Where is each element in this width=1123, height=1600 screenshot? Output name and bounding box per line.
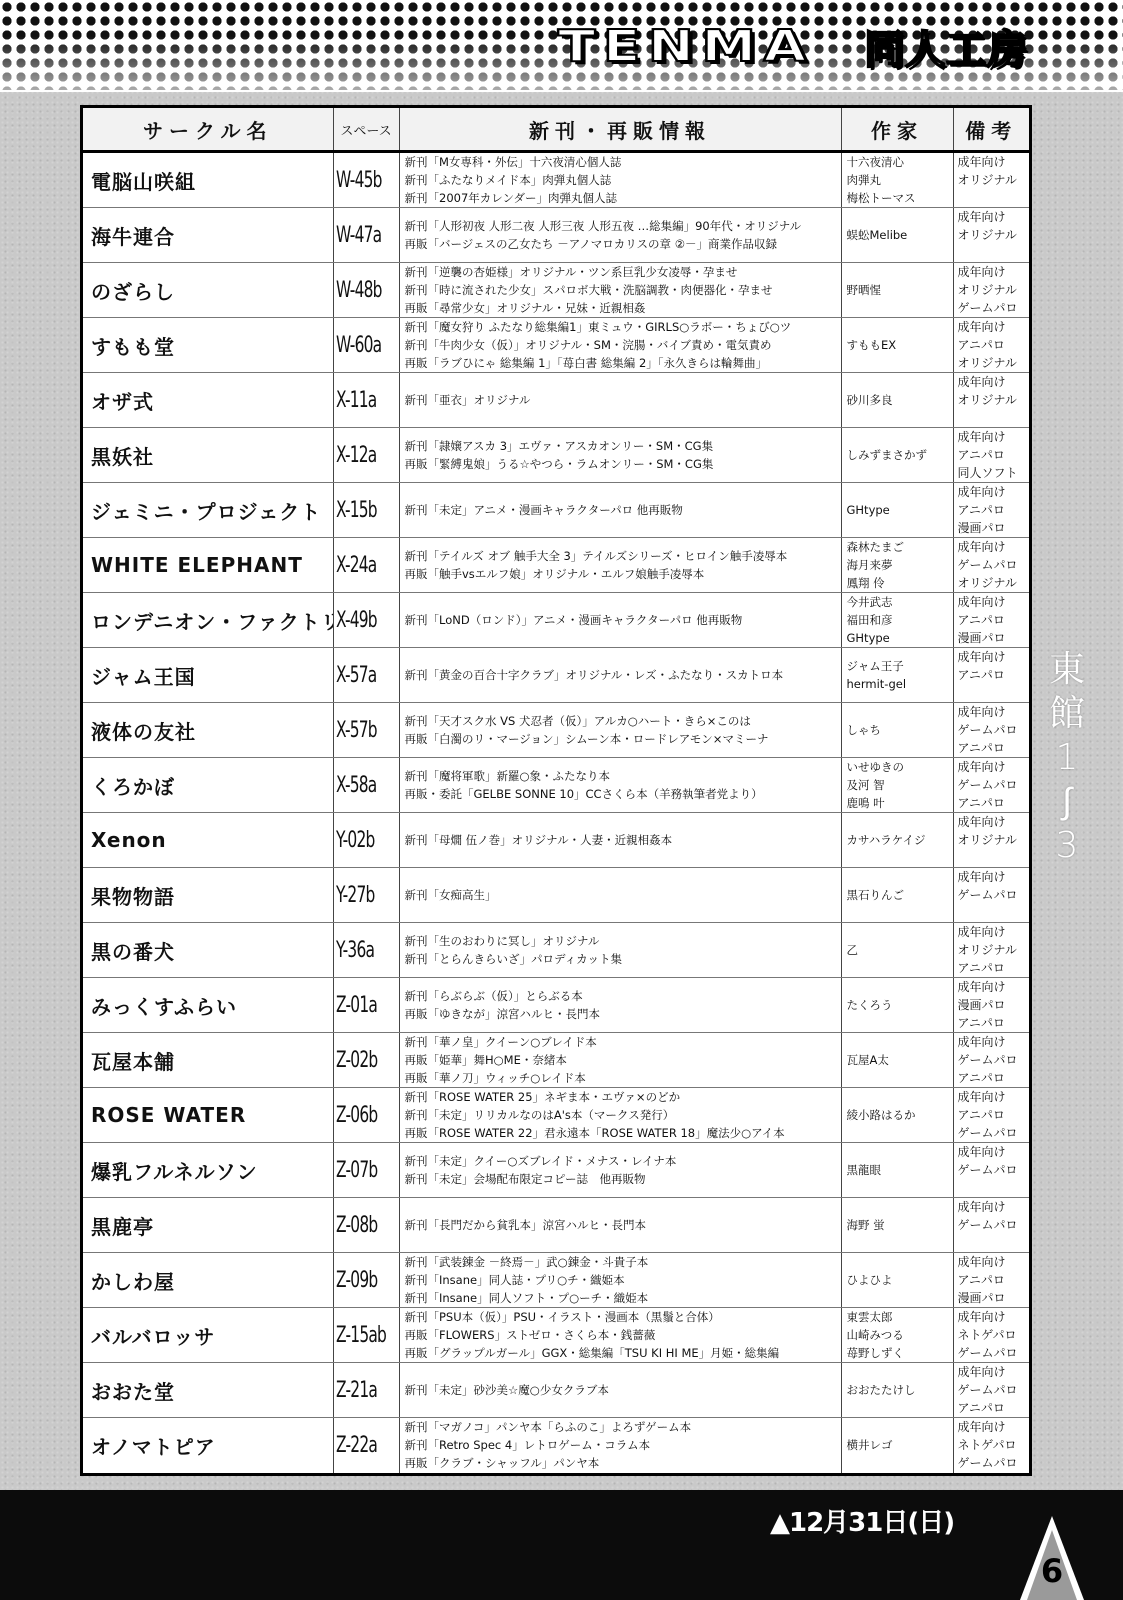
- space-number: X-11a: [333, 373, 399, 428]
- release-info-line: 再販「姫華」舞H○ME・奈緒本: [405, 1051, 841, 1069]
- author-name: 山崎みつる: [847, 1326, 953, 1344]
- release-info-line: 新刊「牛肉少女（仮）」オリジナル・SM・浣腸・バイブ責め・電気責め: [405, 336, 841, 354]
- note-tag: 漫画パロ: [958, 519, 1030, 537]
- author-name: 東雲太郎: [847, 1308, 953, 1326]
- author-names: 黒龍眼: [841, 1143, 953, 1198]
- release-info: 新刊「華ノ皇」クイーン○ブレイド本再販「姫華」舞H○ME・奈緒本再販「華ノ刀」ウ…: [399, 1033, 841, 1088]
- release-info-line: 新刊「黄金の百合十字クラブ」オリジナル・レズ・ふたなり・スカトロ本: [405, 666, 841, 684]
- release-info-line: 再販・委託「GELBE SONNE 10」CCさくら本（羊務執筆者党より）: [405, 785, 841, 803]
- note-tag: アニパロ: [958, 611, 1030, 629]
- release-info: 新刊「ROSE WATER 25」ネギま本・エヴァ×のどか新刊「未定」リリカルな…: [399, 1088, 841, 1143]
- note-tag: 成年向け: [958, 1253, 1030, 1271]
- author-names: しゃち: [841, 703, 953, 758]
- space-number-text: W-48b: [336, 278, 382, 303]
- note-tag: アニパロ: [958, 1106, 1030, 1124]
- note-tag: 成年向け: [958, 593, 1030, 611]
- notes-tags: 成年向けアニパロ漫画パロ: [953, 1253, 1029, 1308]
- circle-name: みっくすふらい: [83, 978, 333, 1033]
- release-info: 新刊「テイルズ オブ 触手大全 3」テイルズシリーズ・ヒロイン触手凌辱本再販「触…: [399, 538, 841, 593]
- author-names: 野晒惺: [841, 263, 953, 318]
- note-tag: アニパロ: [958, 794, 1030, 812]
- notes-tags: 成年向けオリジナル: [953, 813, 1029, 868]
- space-number: X-57a: [333, 648, 399, 703]
- release-info-line: 新刊「Insane」同人ソフト・プ○ーチ・織姫本: [405, 1289, 841, 1307]
- author-name: 鳳翔 伶: [847, 574, 953, 592]
- release-info-line: 新刊「天才スク水 VS 犬忍者（仮）」アルカ○ハート・きら×このは: [405, 712, 841, 730]
- note-tag: ネトゲパロ: [958, 1436, 1030, 1454]
- table-row: くろかぼX-58a新刊「魔将軍歌」新羅○象・ふたなり本再販・委託「GELBE S…: [83, 758, 1029, 813]
- circle-name: オノマトピア: [83, 1418, 333, 1473]
- author-names: ジャム王子hermit-gel: [841, 648, 953, 703]
- space-number: Z-22a: [333, 1418, 399, 1473]
- note-tag: アニパロ: [958, 959, 1030, 977]
- note-tag: 成年向け: [958, 1198, 1030, 1216]
- release-info: 新刊「PSU本（仮）」PSU・イラスト・漫画本（黒鬚と合体）再販「FLOWERS…: [399, 1308, 841, 1363]
- release-info: 新刊「LoND（ロンド）」アニメ・漫画キャラクターパロ 他再販物: [399, 593, 841, 648]
- note-tag: アニパロ: [958, 666, 1030, 684]
- table-row: バルバロッサZ-15ab新刊「PSU本（仮）」PSU・イラスト・漫画本（黒鬚と合…: [83, 1308, 1029, 1363]
- space-number-text: X-57b: [336, 718, 377, 743]
- space-number: X-57b: [333, 703, 399, 758]
- space-number-text: Z-09b: [336, 1268, 377, 1293]
- note-tag: 漫画パロ: [958, 996, 1030, 1014]
- author-name: 十六夜清心: [847, 153, 953, 171]
- space-number-text: Z-21a: [336, 1378, 377, 1403]
- notes-tags: 成年向けゲームパロ: [953, 1198, 1029, 1253]
- table-row: 黒鹿亭Z-08b新刊「長門だから貧乳本」涼宮ハルヒ・長門本海野 蛍成年向けゲーム…: [83, 1198, 1029, 1253]
- note-tag: 成年向け: [958, 318, 1030, 336]
- note-tag: アニパロ: [958, 501, 1030, 519]
- note-tag: 成年向け: [958, 263, 1030, 281]
- space-number: Z-09b: [333, 1253, 399, 1308]
- notes-tags: 成年向けゲームパロ: [953, 1143, 1029, 1198]
- circle-name: ジャム王国: [83, 648, 333, 703]
- release-info-line: 新刊「未定」会場配布限定コピー誌 他再販物: [405, 1170, 841, 1188]
- note-tag: 成年向け: [958, 703, 1030, 721]
- release-info-line: 新刊「女痴高生」: [405, 886, 841, 904]
- note-tag: オリジナル: [958, 226, 1030, 244]
- note-tag: ゲームパロ: [958, 556, 1030, 574]
- table-row: オノマトピアZ-22a新刊「マガノコ」パンヤ本「らふのこ」よろずゲーム本新刊「R…: [83, 1418, 1029, 1473]
- note-tag: 成年向け: [958, 1088, 1030, 1106]
- note-tag: アニパロ: [958, 1271, 1030, 1289]
- release-info-line: 新刊「人形初夜 人形二夜 人形三夜 人形五夜 …総集編」90年代・オリジナル: [405, 217, 841, 235]
- hall-label-vertical: 東館1∫3: [1042, 648, 1092, 868]
- release-info-line: 新刊「魔将軍歌」新羅○象・ふたなり本: [405, 767, 841, 785]
- table-row: XenonY-02b新刊「母燗 伍ノ巻」オリジナル・人妻・近親相姦本カサハラケイ…: [83, 813, 1029, 868]
- author-name: しゃち: [847, 721, 953, 739]
- hall-label-char: 1: [1042, 736, 1092, 780]
- release-info: 新刊「未定」アニメ・漫画キャラクターパロ 他再販物: [399, 483, 841, 538]
- table-row: 黒妖社X-12a新刊「隷嬢アスカ 3」エヴァ・アスカオンリー・SM・CG集再販「…: [83, 428, 1029, 483]
- note-tag: ゲームパロ: [958, 721, 1030, 739]
- release-info-line: 再販「尋常少女」オリジナル・兄妹・近親相姦: [405, 299, 841, 317]
- hall-label-char: 館: [1042, 692, 1092, 736]
- table-row: 爆乳フルネルソンZ-07b新刊「未定」クイー○ズブレイド・メナス・レイナ本新刊「…: [83, 1143, 1029, 1198]
- author-name: 海月来夢: [847, 556, 953, 574]
- author-names: 綾小路はるか: [841, 1088, 953, 1143]
- note-tag: 成年向け: [958, 483, 1030, 501]
- notes-tags: 成年向けネトゲパロゲームパロ: [953, 1418, 1029, 1473]
- logo-latin-text: TENMA: [558, 21, 814, 72]
- space-number: Z-21a: [333, 1363, 399, 1418]
- release-info-line: 新刊「母燗 伍ノ巻」オリジナル・人妻・近親相姦本: [405, 831, 841, 849]
- release-info-line: 再販「白濁のリ・マージョン」シムーン本・ロードレアモン×マミーナ: [405, 730, 841, 748]
- note-tag: ゲームパロ: [958, 1161, 1030, 1179]
- logo: TENMA 同人工房: [609, 18, 1028, 74]
- release-info-line: 新刊「LoND（ロンド）」アニメ・漫画キャラクターパロ 他再販物: [405, 611, 841, 629]
- circle-name: 爆乳フルネルソン: [83, 1143, 333, 1198]
- note-tag: 漫画パロ: [958, 1289, 1030, 1307]
- release-info-line: 新刊「未定」砂沙美☆魔○少女クラブ本: [405, 1381, 841, 1399]
- space-number: Y-02b: [333, 813, 399, 868]
- space-number: W-48b: [333, 263, 399, 318]
- table-row: おおた堂Z-21a新刊「未定」砂沙美☆魔○少女クラブ本おおたたけし成年向けゲーム…: [83, 1363, 1029, 1418]
- note-tag: アニパロ: [958, 739, 1030, 757]
- note-tag: 成年向け: [958, 978, 1030, 996]
- table-row: ジェミニ・プロジェクトX-15b新刊「未定」アニメ・漫画キャラクターパロ 他再販…: [83, 483, 1029, 538]
- table-row: 液体の友社X-57b新刊「天才スク水 VS 犬忍者（仮）」アルカ○ハート・きら×…: [83, 703, 1029, 758]
- space-number-text: Y-36a: [336, 938, 374, 963]
- space-number: Z-08b: [333, 1198, 399, 1253]
- note-tag: 同人ソフト: [958, 464, 1030, 482]
- space-number: W-47a: [333, 208, 399, 263]
- author-names: 乙: [841, 923, 953, 978]
- release-info: 新刊「武装錬金 －終焉－」武○錬金・斗貴子本新刊「Insane」同人誌・プリ○チ…: [399, 1253, 841, 1308]
- space-number-text: X-12a: [336, 443, 376, 468]
- author-name: 蜈蚣Melibe: [847, 226, 953, 244]
- release-info: 新刊「母燗 伍ノ巻」オリジナル・人妻・近親相姦本: [399, 813, 841, 868]
- note-tag: ゲームパロ: [958, 776, 1030, 794]
- space-number-text: Z-02b: [336, 1048, 377, 1073]
- author-names: おおたたけし: [841, 1363, 953, 1418]
- release-info-line: 新刊「華ノ皇」クイーン○ブレイド本: [405, 1033, 841, 1051]
- notes-tags: 成年向けゲームパロアニパロ: [953, 1033, 1029, 1088]
- release-info: 新刊「未定」クイー○ズブレイド・メナス・レイナ本新刊「未定」会場配布限定コピー誌…: [399, 1143, 841, 1198]
- release-info-line: 新刊「ふたなりメイド本」肉弾丸個人誌: [405, 171, 841, 189]
- note-tag: 成年向け: [958, 1363, 1030, 1381]
- author-names: すももEX: [841, 318, 953, 373]
- column-header-author: 作家: [841, 108, 953, 152]
- space-number-text: W-60a: [336, 333, 381, 358]
- circle-name: ROSE WATER: [83, 1088, 333, 1143]
- release-info-line: 新刊「PSU本（仮）」PSU・イラスト・漫画本（黒鬚と合体）: [405, 1308, 841, 1326]
- release-info: 新刊「生のおわりに冥し」オリジナル新刊「とらんきらいざ」パロディカット集: [399, 923, 841, 978]
- note-tag: 成年向け: [958, 923, 1030, 941]
- space-number: Z-01a: [333, 978, 399, 1033]
- space-number: Y-36a: [333, 923, 399, 978]
- note-tag: アニパロ: [958, 1399, 1030, 1417]
- author-name: 乙: [847, 941, 953, 959]
- release-info: 新刊「魔女狩り ふたなり総集編1」東ミュウ・GIRLS○ラボー・ちょび○ツ新刊「…: [399, 318, 841, 373]
- release-info-line: 新刊「未定」リリカルなのはA's本（マークス発行）: [405, 1106, 841, 1124]
- author-names: いせゆきの及河 智鹿鳴 叶: [841, 758, 953, 813]
- column-header-info: 新刊・再販情報: [399, 108, 841, 152]
- note-tag: 成年向け: [958, 208, 1030, 226]
- release-info-line: 新刊「ROSE WATER 25」ネギま本・エヴァ×のどか: [405, 1088, 841, 1106]
- release-info-line: 新刊「らぶらぶ（仮）」とらぶる本: [405, 987, 841, 1005]
- table-row: 電脳山咲組W-45b新刊「M女専科・外伝」十六夜清心個人誌新刊「ふたなりメイド本…: [83, 152, 1029, 208]
- release-info-line: 再販「バージェスの乙女たち －アノマロカリスの章 ②－」商業作品収録: [405, 235, 841, 253]
- author-name: hermit-gel: [847, 675, 953, 693]
- release-info-line: 新刊「武装錬金 －終焉－」武○錬金・斗貴子本: [405, 1253, 841, 1271]
- author-name: しみずまさかず: [847, 446, 953, 464]
- note-tag: オリジナル: [958, 391, 1030, 409]
- release-info-line: 再販「クラブ・シャッフル」パンヤ本: [405, 1454, 841, 1472]
- author-name: GHtype: [847, 629, 953, 647]
- release-info-line: 新刊「2007年カレンダー」肉弾丸個人誌: [405, 189, 841, 207]
- note-tag: 成年向け: [958, 868, 1030, 886]
- author-names: ひよひよ: [841, 1253, 953, 1308]
- space-number-text: X-15b: [336, 498, 377, 523]
- column-header-space: スペース: [333, 108, 399, 152]
- release-info: 新刊「マガノコ」パンヤ本「らふのこ」よろずゲーム本新刊「Retro Spec 4…: [399, 1418, 841, 1473]
- note-tag: アニパロ: [958, 1014, 1030, 1032]
- space-number-text: Z-06b: [336, 1103, 377, 1128]
- notes-tags: 成年向け漫画パロアニパロ: [953, 978, 1029, 1033]
- circle-name: 果物物語: [83, 868, 333, 923]
- note-tag: オリジナル: [958, 831, 1030, 849]
- space-number: Z-02b: [333, 1033, 399, 1088]
- space-number-text: Z-15ab: [336, 1323, 386, 1348]
- table-row: みっくすふらいZ-01a新刊「らぶらぶ（仮）」とらぶる本再販「ゆきなが」涼宮ハル…: [83, 978, 1029, 1033]
- table-row: ROSE WATERZ-06b新刊「ROSE WATER 25」ネギま本・エヴァ…: [83, 1088, 1029, 1143]
- space-number-text: X-24a: [336, 553, 376, 578]
- space-number-text: X-57a: [336, 663, 376, 688]
- notes-tags: 成年向けゲームパロアニパロ: [953, 703, 1029, 758]
- note-tag: オリジナル: [958, 941, 1030, 959]
- notes-tags: 成年向けオリジナルゲームパロ: [953, 263, 1029, 318]
- author-names: 十六夜清心肉弾丸梅松トーマス: [841, 152, 953, 208]
- author-name: 肉弾丸: [847, 171, 953, 189]
- note-tag: 成年向け: [958, 373, 1030, 391]
- circle-name: のざらし: [83, 263, 333, 318]
- circle-name: 瓦屋本舗: [83, 1033, 333, 1088]
- release-info-line: 新刊「とらんきらいざ」パロディカット集: [405, 950, 841, 968]
- table-row: 黒の番犬Y-36a新刊「生のおわりに冥し」オリジナル新刊「とらんきらいざ」パロデ…: [83, 923, 1029, 978]
- author-names: 瓦屋A太: [841, 1033, 953, 1088]
- notes-tags: 成年向けオリジナル: [953, 152, 1029, 208]
- release-info: 新刊「亜衣」オリジナル: [399, 373, 841, 428]
- author-name: 梅松トーマス: [847, 189, 953, 207]
- release-info: 新刊「未定」砂沙美☆魔○少女クラブ本: [399, 1363, 841, 1418]
- note-tag: 成年向け: [958, 813, 1030, 831]
- author-name: 黒龍眼: [847, 1161, 953, 1179]
- author-name: すももEX: [847, 336, 953, 354]
- author-name: ひよひよ: [847, 1271, 953, 1289]
- notes-tags: 成年向けゲームパロオリジナル: [953, 538, 1029, 593]
- note-tag: ゲームパロ: [958, 886, 1030, 904]
- release-info-line: 新刊「マガノコ」パンヤ本「らふのこ」よろずゲーム本: [405, 1418, 841, 1436]
- author-name: 瓦屋A太: [847, 1051, 953, 1069]
- author-name: カサハラケイジ: [847, 831, 953, 849]
- circle-name: Xenon: [83, 813, 333, 868]
- author-name: 森林たまご: [847, 538, 953, 556]
- notes-tags: 成年向けオリジナル: [953, 373, 1029, 428]
- author-name: 福田和彦: [847, 611, 953, 629]
- footer-band: [0, 1490, 1123, 1600]
- table-row: オザ式X-11a新刊「亜衣」オリジナル砂川多良成年向けオリジナル: [83, 373, 1029, 428]
- author-names: 横井レゴ: [841, 1418, 953, 1473]
- table-row: 瓦屋本舗Z-02b新刊「華ノ皇」クイーン○ブレイド本再販「姫華」舞H○ME・奈緒…: [83, 1033, 1029, 1088]
- note-tag: ゲームパロ: [958, 1344, 1030, 1362]
- author-names: たくろう: [841, 978, 953, 1033]
- release-info-line: 再販「ゆきなが」涼宮ハルヒ・長門本: [405, 1005, 841, 1023]
- space-number-text: W-47a: [336, 223, 381, 248]
- space-number-text: Z-01a: [336, 993, 377, 1018]
- release-info: 新刊「M女専科・外伝」十六夜清心個人誌新刊「ふたなりメイド本」肉弾丸個人誌新刊「…: [399, 152, 841, 208]
- release-info-line: 再販「触手vsエルフ娘」オリジナル・エルフ娘触手凌辱本: [405, 565, 841, 583]
- circle-name: すもも堂: [83, 318, 333, 373]
- hall-label-char: 3: [1042, 824, 1092, 868]
- note-tag: 成年向け: [958, 758, 1030, 776]
- circle-name: くろかぼ: [83, 758, 333, 813]
- note-tag: ゲームパロ: [958, 1381, 1030, 1399]
- release-info-line: 再販「FLOWERS」ストゼロ・さくら本・銭薔薇: [405, 1326, 841, 1344]
- column-header-notes: 備考: [953, 108, 1029, 152]
- release-info: 新刊「長門だから貧乳本」涼宮ハルヒ・長門本: [399, 1198, 841, 1253]
- page-number: 6: [1040, 1552, 1064, 1590]
- note-tag: オリジナル: [958, 574, 1030, 592]
- space-number: X-12a: [333, 428, 399, 483]
- circle-name: ジェミニ・プロジェクト: [83, 483, 333, 538]
- space-number: X-49b: [333, 593, 399, 648]
- release-info-line: 新刊「Retro Spec 4」レトロゲーム・コラム本: [405, 1436, 841, 1454]
- space-number: X-58a: [333, 758, 399, 813]
- author-names: しみずまさかず: [841, 428, 953, 483]
- circle-name: 黒鹿亭: [83, 1198, 333, 1253]
- author-name: 今井武志: [847, 593, 953, 611]
- author-names: 蜈蚣Melibe: [841, 208, 953, 263]
- release-info-line: 再販「華ノ刀」ウィッチ○レイド本: [405, 1069, 841, 1087]
- note-tag: 成年向け: [958, 1143, 1030, 1161]
- release-info-line: 新刊「亜衣」オリジナル: [405, 391, 841, 409]
- author-names: 森林たまご海月来夢鳳翔 伶: [841, 538, 953, 593]
- release-info-line: 新刊「未定」クイー○ズブレイド・メナス・レイナ本: [405, 1152, 841, 1170]
- table-row: WHITE ELEPHANTX-24a新刊「テイルズ オブ 触手大全 3」テイル…: [83, 538, 1029, 593]
- note-tag: ネトゲパロ: [958, 1326, 1030, 1344]
- note-tag: ゲームパロ: [958, 1216, 1030, 1234]
- table-row: ジャム王国X-57a新刊「黄金の百合十字クラブ」オリジナル・レズ・ふたなり・スカ…: [83, 648, 1029, 703]
- release-info: 新刊「らぶらぶ（仮）」とらぶる本再販「ゆきなが」涼宮ハルヒ・長門本: [399, 978, 841, 1033]
- space-number: Z-15ab: [333, 1308, 399, 1363]
- release-info: 新刊「女痴高生」: [399, 868, 841, 923]
- author-names: 砂川多良: [841, 373, 953, 428]
- author-name: おおたたけし: [847, 1381, 953, 1399]
- circle-name: バルバロッサ: [83, 1308, 333, 1363]
- release-info-line: 新刊「生のおわりに冥し」オリジナル: [405, 932, 841, 950]
- release-info-line: 新刊「隷嬢アスカ 3」エヴァ・アスカオンリー・SM・CG集: [405, 437, 841, 455]
- space-number-text: Y-27b: [336, 883, 375, 908]
- release-info: 新刊「人形初夜 人形二夜 人形三夜 人形五夜 …総集編」90年代・オリジナル再販…: [399, 208, 841, 263]
- hall-label-char: ∫: [1042, 780, 1092, 824]
- note-tag: オリジナル: [958, 354, 1030, 372]
- notes-tags: 成年向けアニパロ同人ソフト: [953, 428, 1029, 483]
- author-names: 黒石りんご: [841, 868, 953, 923]
- release-info-line: 新刊「魔女狩り ふたなり総集編1」東ミュウ・GIRLS○ラボー・ちょび○ツ: [405, 318, 841, 336]
- notes-tags: 成年向けゲームパロアニパロ: [953, 1363, 1029, 1418]
- author-name: GHtype: [847, 501, 953, 519]
- release-info-line: 再販「ROSE WATER 22」君永遠本「ROSE WATER 18」魔法少○…: [405, 1124, 841, 1142]
- release-info-line: 再販「グラップルガール」GGX・総集編「TSU KI HI ME」月姫・総集編: [405, 1344, 841, 1362]
- author-names: 海野 蛍: [841, 1198, 953, 1253]
- space-number-text: Y-02b: [336, 828, 375, 853]
- space-number: W-60a: [333, 318, 399, 373]
- notes-tags: 成年向けアニパロ漫画パロ: [953, 483, 1029, 538]
- space-number-text: X-11a: [336, 388, 376, 413]
- space-number: X-24a: [333, 538, 399, 593]
- circle-name: オザ式: [83, 373, 333, 428]
- author-name: たくろう: [847, 996, 953, 1014]
- note-tag: ゲームパロ: [958, 1124, 1030, 1142]
- author-name: 野晒惺: [847, 281, 953, 299]
- table-row: すもも堂W-60a新刊「魔女狩り ふたなり総集編1」東ミュウ・GIRLS○ラボー…: [83, 318, 1029, 373]
- author-names: 今井武志福田和彦GHtype: [841, 593, 953, 648]
- circle-name: ロンデニオン・ファクトリー: [83, 593, 333, 648]
- release-info-line: 再販「ラブひにゃ 総集編 1」「苺白書 総集編 2」「永久きらは輪舞曲」: [405, 354, 841, 372]
- circle-name: 液体の友社: [83, 703, 333, 758]
- author-name: 海野 蛍: [847, 1216, 953, 1234]
- space-number: Y-27b: [333, 868, 399, 923]
- author-name: 綾小路はるか: [847, 1106, 953, 1124]
- release-info: 新刊「黄金の百合十字クラブ」オリジナル・レズ・ふたなり・スカトロ本: [399, 648, 841, 703]
- hall-label-char: 東: [1042, 648, 1092, 692]
- note-tag: オリジナル: [958, 171, 1030, 189]
- logo-jp-text: 同人工房: [864, 18, 1028, 75]
- release-info-line: 新刊「Insane」同人誌・プリ○チ・織姫本: [405, 1271, 841, 1289]
- circle-name: 電脳山咲組: [83, 152, 333, 208]
- circle-name: WHITE ELEPHANT: [83, 538, 333, 593]
- release-info-line: 新刊「長門だから貧乳本」涼宮ハルヒ・長門本: [405, 1216, 841, 1234]
- circle-name: 黒の番犬: [83, 923, 333, 978]
- author-name: 鹿鳴 叶: [847, 794, 953, 812]
- event-date: ▲12月31日(日): [770, 1502, 954, 1539]
- note-tag: アニパロ: [958, 446, 1030, 464]
- notes-tags: 成年向けアニパロオリジナル: [953, 318, 1029, 373]
- table-row: 果物物語Y-27b新刊「女痴高生」黒石りんご成年向けゲームパロ: [83, 868, 1029, 923]
- author-name: いせゆきの: [847, 758, 953, 776]
- notes-tags: 成年向けゲームパロ: [953, 868, 1029, 923]
- space-number: Z-06b: [333, 1088, 399, 1143]
- author-name: 及河 智: [847, 776, 953, 794]
- table-row: のざらしW-48b新刊「逆襲の杏姫様」オリジナル・ツン系巨乳少女凌辱・孕ませ新刊…: [83, 263, 1029, 318]
- note-tag: 成年向け: [958, 153, 1030, 171]
- release-info-line: 新刊「テイルズ オブ 触手大全 3」テイルズシリーズ・ヒロイン触手凌辱本: [405, 547, 841, 565]
- author-name: 横井レゴ: [847, 1436, 953, 1454]
- space-number: W-45b: [333, 152, 399, 208]
- note-tag: 成年向け: [958, 538, 1030, 556]
- release-info-line: 新刊「M女専科・外伝」十六夜清心個人誌: [405, 153, 841, 171]
- space-number-text: Z-08b: [336, 1213, 377, 1238]
- note-tag: オリジナル: [958, 281, 1030, 299]
- table-body: 電脳山咲組W-45b新刊「M女専科・外伝」十六夜清心個人誌新刊「ふたなりメイド本…: [83, 152, 1029, 1473]
- release-info: 新刊「隷嬢アスカ 3」エヴァ・アスカオンリー・SM・CG集再販「緊縛鬼娘」うる☆…: [399, 428, 841, 483]
- note-tag: 成年向け: [958, 1033, 1030, 1051]
- release-info: 新刊「逆襲の杏姫様」オリジナル・ツン系巨乳少女凌辱・孕ませ新刊「時に流された少女…: [399, 263, 841, 318]
- note-tag: ゲームパロ: [958, 1051, 1030, 1069]
- release-info-line: 再販「緊縛鬼娘」うる☆やつら・ラムオンリー・SM・CG集: [405, 455, 841, 473]
- space-number-text: Z-22a: [336, 1433, 377, 1458]
- author-names: 東雲太郎山崎みつる苺野しずく: [841, 1308, 953, 1363]
- release-info: 新刊「天才スク水 VS 犬忍者（仮）」アルカ○ハート・きら×このは再販「白濁のリ…: [399, 703, 841, 758]
- notes-tags: 成年向けオリジナル: [953, 208, 1029, 263]
- table-row: かしわ屋Z-09b新刊「武装錬金 －終焉－」武○錬金・斗貴子本新刊「Insane…: [83, 1253, 1029, 1308]
- note-tag: 漫画パロ: [958, 629, 1030, 647]
- circle-name: かしわ屋: [83, 1253, 333, 1308]
- note-tag: ゲームパロ: [958, 299, 1030, 317]
- note-tag: 成年向け: [958, 428, 1030, 446]
- note-tag: 成年向け: [958, 648, 1030, 666]
